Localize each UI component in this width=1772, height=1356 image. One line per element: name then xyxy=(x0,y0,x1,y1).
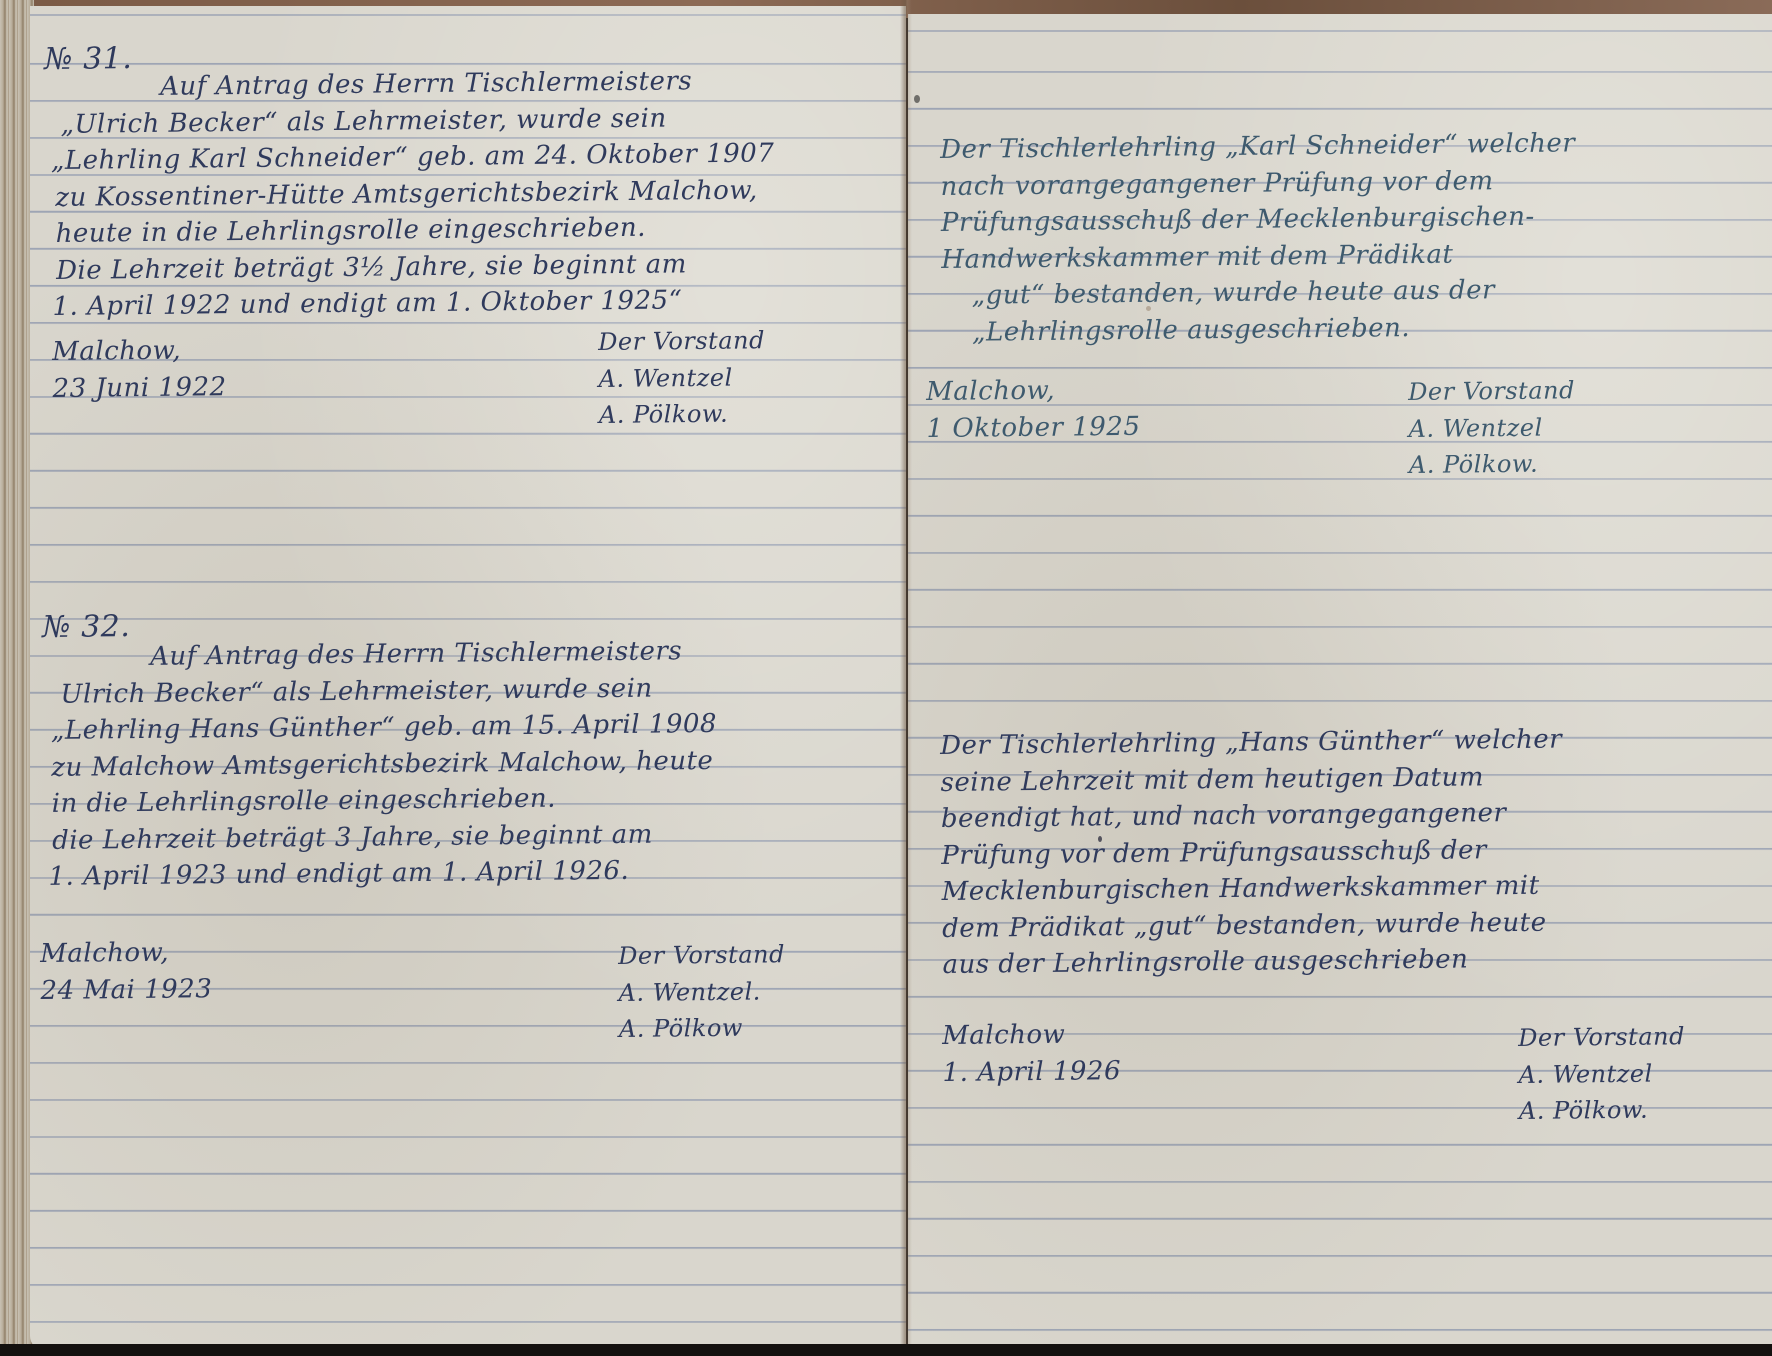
discharge-guenther-signature-1: A. Wentzel xyxy=(1518,1055,1685,1093)
discharge-schneider-line-5: „gut“ bestanden, wurde heute aus der xyxy=(942,271,1577,314)
discharge-guenther-signature-title: Der Vorstand xyxy=(1518,1018,1685,1056)
entry-31-signature-1: A. Wentzel xyxy=(598,359,765,397)
entry-31-signature-block: Der Vorstand A. Wentzel A. Pölkow. xyxy=(598,322,766,433)
entry-32-date: 24 Mai 1923 xyxy=(40,971,212,1009)
entry-32-body: Auf Antrag des Herrn Tischlermeisters Ul… xyxy=(40,633,719,896)
discharge-guenther-line-7: aus der Lehrlingsrolle ausgeschrieben xyxy=(942,940,1564,983)
entry-32-line-7: 1. April 1923 und endigt am 1. April 192… xyxy=(42,852,718,896)
entry-31-line-7: 1. April 1922 und endigt am 1. Oktober 1… xyxy=(52,281,776,325)
discharge-guenther-signature-2: A. Pölkow. xyxy=(1519,1091,1686,1129)
left-page: № 31. Auf Antrag des Herrn Tischlermeist… xyxy=(30,6,906,1350)
entry-32-signature-block: Der Vorstand A. Wentzel. A. Pölkow xyxy=(618,936,786,1047)
entry-32-line-4: zu Malchow Amtsgerichtsbezirk Malchow, h… xyxy=(41,742,717,786)
entry-32-place: Malchow, xyxy=(40,934,212,972)
entry-31-date: 23 Juni 1922 xyxy=(52,369,226,407)
discharge-schneider-signature-2: A. Pölkow. xyxy=(1409,445,1576,483)
stacked-page-edges xyxy=(0,0,34,1350)
discharge-schneider-signature-block: Der Vorstand A. Wentzel A. Pölkow. xyxy=(1408,372,1576,483)
discharge-schneider-signature-1: A. Wentzel xyxy=(1408,409,1575,447)
discharge-guenther-body: Der Tischlerlehrling „Hans Günther“ welc… xyxy=(940,721,1565,983)
ink-spot xyxy=(1146,306,1151,311)
entry-32-signature-2: A. Pölkow xyxy=(619,1009,786,1047)
ink-spot xyxy=(1098,836,1102,842)
discharge-schneider-body: Der Tischlerlehrling „Karl Schneider“ we… xyxy=(940,125,1577,351)
entry-32-signature-title: Der Vorstand xyxy=(618,936,785,974)
discharge-guenther-signature-block: Der Vorstand A. Wentzel A. Pölkow. xyxy=(1518,1018,1686,1129)
discharge-guenther-place-date: Malchow 1. April 1926 xyxy=(942,1016,1121,1091)
discharge-guenther-place: Malchow xyxy=(942,1016,1121,1054)
discharge-guenther-date: 1. April 1926 xyxy=(942,1053,1121,1091)
entry-31-body: Auf Antrag des Herrn Tischlermeisters „U… xyxy=(50,62,776,325)
discharge-guenther-line-5: Mecklenburgischen Handwerkskammer mit xyxy=(942,867,1564,910)
discharge-guenther-line-1: Der Tischlerlehrling „Hans Günther“ welc… xyxy=(940,721,1562,764)
discharge-schneider-line-3: Prüfungsausschuß der Mecklenburgischen- xyxy=(941,198,1576,241)
discharge-schneider-date: 1 Oktober 1925 xyxy=(926,408,1140,447)
discharge-guenther-line-6: dem Prädikat „gut“ bestanden, wurde heut… xyxy=(942,904,1564,947)
background-surface-bottom xyxy=(0,1344,1772,1356)
entry-31-signature-2: A. Pölkow. xyxy=(599,395,766,433)
book-gutter xyxy=(900,0,912,1350)
discharge-guenther-line-3: beendigt hat, und nach vorangegangener xyxy=(941,794,1563,837)
discharge-schneider-place: Malchow, xyxy=(926,372,1140,411)
discharge-schneider-signature-title: Der Vorstand xyxy=(1408,372,1575,410)
entry-32-signature-1: A. Wentzel. xyxy=(618,973,785,1011)
entry-31-place: Malchow, xyxy=(52,332,226,370)
discharge-schneider-line-6: „Lehrlingsrolle ausgeschrieben. xyxy=(942,308,1577,351)
right-page: Der Tischlerlehrling „Karl Schneider“ we… xyxy=(908,14,1772,1350)
entry-31-place-date: Malchow, 23 Juni 1922 xyxy=(52,332,227,407)
entry-31-signature-title: Der Vorstand xyxy=(598,322,765,360)
entry-32-place-date: Malchow, 24 Mai 1923 xyxy=(40,934,212,1009)
binding-hole xyxy=(914,95,920,103)
discharge-schneider-place-date: Malchow, 1 Oktober 1925 xyxy=(926,372,1141,447)
entry-31-line-4: zu Kossentiner-Hütte Amtsgerichtsbezirk … xyxy=(51,172,775,216)
entry-32-line-1: Auf Antrag des Herrn Tischlermeisters xyxy=(40,633,716,677)
discharge-schneider-line-1: Der Tischlerlehrling „Karl Schneider“ we… xyxy=(940,125,1575,168)
